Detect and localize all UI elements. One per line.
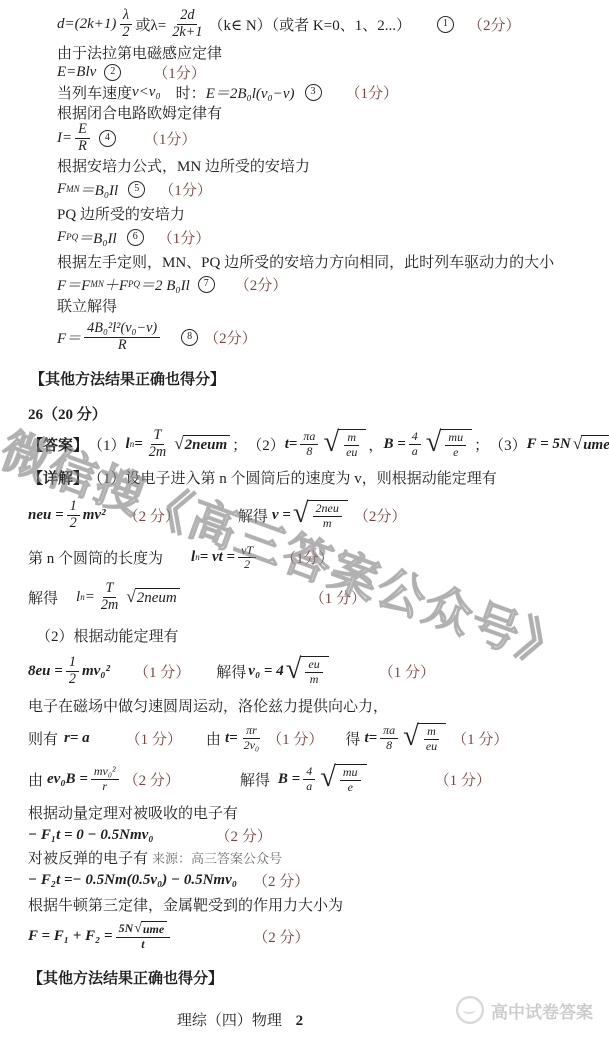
- text-line: 对被反弹的电子有 来源：高三答案公众号: [28, 846, 603, 868]
- formula-line: I= ER 4 （1分）: [57, 122, 603, 154]
- sqrt-body: eum: [300, 656, 328, 685]
- formula-line: 第 n 个圆筒的长度为 ln = vt = vT2 （1分）: [28, 540, 603, 575]
- math-text: ＋F: [104, 274, 128, 295]
- fraction-numerator: 1: [67, 499, 80, 516]
- text-line: 根据牛顿第三定律，金属靶受到的作用力大小为: [28, 892, 603, 916]
- fraction-denominator: eu: [423, 740, 440, 753]
- fraction-numerator: vT: [238, 544, 256, 558]
- answer-label: 【答案】: [28, 434, 88, 455]
- note-line: 【其他方法结果正确也得分】: [30, 365, 603, 391]
- text-line: PQ 边所受的安培力: [57, 201, 603, 225]
- math-text: =: [134, 436, 143, 453]
- formula-line: F＝FMN＋FPQ＝2 B₀Il 7 （2分）: [57, 273, 603, 295]
- score-label: （2 分）: [124, 769, 180, 790]
- square-root: √2neum: [126, 588, 179, 607]
- text-line: 根据动量定理对被吸收的电子有: [28, 800, 603, 824]
- formula-line: F = F₁ + F₂ = 5N√umet （2 分）: [28, 916, 603, 956]
- fraction-numerator: T: [151, 428, 165, 445]
- fraction-denominator: a: [409, 445, 421, 458]
- score-label: （1分）: [158, 227, 211, 248]
- fraction: 5N√umet: [116, 921, 171, 950]
- chinese-text: 根据牛顿第三定律，金属靶受到的作用力大小为: [28, 894, 343, 915]
- formula-line: − F₁t = 0 − 0.5Nmv₀ （2 分）: [28, 824, 603, 846]
- note-line: 【其他方法结果正确也得分】: [28, 964, 603, 990]
- math-text: 8eu =: [28, 663, 63, 680]
- fraction-denominator: 8: [303, 445, 315, 458]
- fraction-numerator: 2d: [177, 8, 197, 25]
- text-line: （2）根据动能定理有: [28, 620, 603, 650]
- math-text: r= a: [64, 730, 90, 747]
- chinese-text: （2）: [247, 434, 285, 455]
- score-label: （2 分）: [253, 870, 309, 891]
- fraction-denominator: m: [307, 673, 322, 686]
- math-text: 5N: [119, 921, 134, 935]
- chinese-text: 【其他方法结果正确也得分】: [28, 967, 223, 988]
- chinese-text: 由于法拉第电磁感应定律: [57, 42, 222, 63]
- chinese-text: 解得: [238, 505, 268, 526]
- chinese-text: 联立解得: [57, 295, 117, 316]
- fraction-denominator: e: [450, 446, 461, 459]
- chinese-text: 解得: [240, 769, 270, 790]
- score-label: （1 分）: [134, 661, 190, 682]
- brand-logo-icon: [456, 996, 484, 1024]
- chinese-text: 时：: [161, 82, 206, 103]
- score-label: （1 分）: [126, 728, 182, 749]
- fraction-numerator: m: [344, 431, 359, 445]
- fraction-numerator: mu: [340, 766, 361, 780]
- square-root: √meu: [323, 429, 366, 458]
- fraction-numerator: m: [424, 725, 439, 739]
- math-text: neu =: [28, 507, 64, 524]
- chinese-text: 解得: [216, 661, 246, 682]
- square-root: √eum: [286, 656, 329, 685]
- fraction-denominator: 2k+1: [169, 25, 205, 41]
- score-label: （1分）: [153, 62, 206, 83]
- sqrt-body: 2neum: [183, 435, 231, 454]
- math-text: d=(2k+1): [57, 16, 116, 33]
- chinese-text: （k∈ N）（或者 K=0、1、2...）: [208, 14, 410, 35]
- math-text: =: [85, 589, 95, 606]
- radical-icon: √: [293, 500, 309, 529]
- chinese-text: PQ 边所受的安培力: [57, 203, 185, 224]
- math-text: F = 5N: [527, 436, 571, 453]
- fraction-denominator: t: [138, 938, 147, 951]
- math-text: mv₀²: [82, 663, 110, 680]
- math-text: ev₀B =: [47, 771, 88, 788]
- detail-line: 【详解】 （1）设电子进入第 n 个圆筒后的速度为 v，则根据动能定理有: [28, 465, 603, 490]
- radical-icon: √: [426, 429, 442, 458]
- fraction: 12: [66, 655, 79, 687]
- square-root: √ume: [573, 435, 609, 454]
- formula-line: 由 ev₀B = mv₀²r （2 分） 解得 B = 4a √mue （1 分…: [28, 758, 603, 800]
- chinese-text: （1）设电子进入第 n 个圆筒后的速度为 v，则根据动能定理有: [88, 467, 497, 488]
- formula-line: 则有 r= a （1 分） 由 t= πr2v₀ （1 分） 得 t= πa8 …: [28, 718, 603, 758]
- radical-icon: √: [403, 723, 419, 752]
- sqrt-body: mue: [440, 429, 472, 458]
- math-text: F = F₁ + F₂ =: [28, 928, 113, 945]
- chinese-text: 根据闭合电路欧姆定律有: [57, 102, 222, 123]
- fraction: mue: [340, 766, 361, 793]
- question-number: 26（20 分）: [28, 403, 603, 423]
- score-label: （1分）: [346, 82, 399, 103]
- fraction-denominator: 2m: [98, 598, 121, 614]
- fraction-numerator: 4B₀²l²(v₀−v): [84, 321, 160, 338]
- fraction: vT2: [238, 544, 256, 571]
- page-number: 2: [296, 1013, 304, 1029]
- sqrt-body: meu: [338, 429, 366, 458]
- fraction-denominator: a: [303, 780, 315, 793]
- score-label: （2分）: [204, 327, 257, 348]
- fraction: eum: [305, 658, 322, 685]
- score-label: （2分）: [235, 274, 288, 295]
- circled-number: 5: [128, 181, 145, 198]
- math-text: v₀ = 4: [248, 663, 283, 680]
- text-line: 根据左手定则，MN、PQ 边所受的安培力方向相同，此时列车驱动力的大小: [57, 249, 603, 273]
- formula-line: FPQ＝B₀Il 6 （1分）: [57, 225, 603, 249]
- circled-number: 4: [99, 130, 116, 147]
- chinese-text: 【其他方法结果正确也得分】: [30, 368, 225, 389]
- square-root: √2neum: [293, 500, 348, 529]
- score-label: （1 分）: [310, 587, 366, 608]
- fraction-numerator: eu: [305, 658, 322, 672]
- square-root: √meu: [403, 723, 446, 752]
- fraction: meu: [343, 431, 360, 458]
- sqrt-body: ume: [141, 921, 167, 936]
- chinese-text: ，: [368, 434, 383, 455]
- fraction-denominator: 2v₀: [241, 739, 263, 752]
- fraction: πr2v₀: [241, 724, 263, 751]
- math-text: = vt =: [200, 549, 235, 566]
- fraction-numerator: E: [75, 122, 90, 139]
- circled-number: 3: [305, 84, 322, 101]
- sqrt-body: mue: [335, 764, 367, 793]
- fraction-denominator: R: [115, 338, 130, 354]
- text-line: 根据安培力公式，MN 边所受的安培力: [57, 154, 603, 177]
- formula-line: 8eu = 12 mv₀² （1 分） 解得 v₀ = 4 √eum （1 分）: [28, 650, 603, 692]
- circled-number: 6: [127, 229, 144, 246]
- math-text: t=: [364, 730, 377, 747]
- fraction-denominator: 2: [119, 25, 132, 41]
- score-label: （2 分）: [124, 505, 180, 526]
- math-text: F: [57, 229, 66, 246]
- fraction-denominator: 2m: [146, 445, 169, 461]
- chinese-text: 电子在磁场中做匀速圆周运动，洛伦兹力提供向心力，: [28, 695, 388, 716]
- math-text: ＝B₀Il: [80, 179, 119, 200]
- formula-line: − F₂t =− 0.5Nm(0.5v₀) − 0.5Nmv₀ （2 分）: [28, 868, 603, 892]
- chinese-text: ；: [474, 434, 489, 455]
- formula-line: E=Blv 2 （1分）: [57, 62, 603, 82]
- math-text: F: [57, 181, 66, 198]
- math-text: F＝F: [57, 274, 90, 295]
- math-text: B =: [383, 436, 405, 453]
- chinese-text: 对被反弹的电子有: [28, 847, 148, 868]
- subscript: MN: [66, 185, 80, 194]
- formula-line: FMN＝B₀Il 5 （1分）: [57, 177, 603, 201]
- text-line: 电子在磁场中做匀速圆周运动，洛伦兹力提供向心力，: [28, 692, 603, 718]
- fraction: πa8: [300, 430, 318, 457]
- math-text: I=: [57, 130, 72, 147]
- score-label: （1 分）: [267, 728, 323, 749]
- fraction-numerator: 4: [409, 430, 421, 444]
- fraction-denominator: e: [345, 781, 356, 794]
- score-label: （1分）: [159, 179, 212, 200]
- chinese-text: 则有: [28, 728, 58, 749]
- fraction: mue: [445, 431, 466, 458]
- text-line: 联立解得: [57, 295, 603, 315]
- fraction: T2m: [98, 581, 121, 613]
- radical-icon: √: [320, 764, 336, 793]
- formula-line: F＝ 4B₀²l²(v₀−v)R 8 （2分）: [57, 315, 603, 359]
- formula-line: d=(2k+1) λ2 或λ= 2d2k+1 （k∈ N）（或者 K=0、1、2…: [57, 6, 603, 42]
- detail-label: 【详解】: [28, 467, 88, 488]
- square-root: √2neum: [174, 435, 230, 454]
- math-text: ＝B₀Il: [78, 227, 117, 248]
- fraction-numerator: 5N√ume: [116, 921, 171, 937]
- fraction-denominator: R: [75, 139, 90, 155]
- math-text: t=: [225, 730, 238, 747]
- fraction-numerator: mv₀²: [91, 765, 119, 779]
- formula-line: 当列车速度 v<v₀ 时： E＝2B₀l(v₀−v) 3 （1分）: [57, 82, 603, 102]
- fraction: 12: [67, 499, 80, 531]
- chinese-text: 26（20 分）: [28, 403, 107, 424]
- score-label: （1分）: [144, 128, 197, 149]
- footer-title: 理综（四）物理: [177, 1013, 282, 1029]
- circled-number: 8: [181, 329, 198, 346]
- fraction-numerator: mu: [445, 431, 466, 445]
- math-text: − F₁t = 0 − 0.5Nmv₀: [28, 827, 154, 844]
- question-26-solution: 26（20 分） 【答案】 （1） ln = T2m √2neum ； （2） …: [28, 403, 603, 990]
- fraction: λ2: [119, 8, 132, 40]
- chinese-text: 由: [28, 769, 43, 790]
- math-text: ＝2 B₀Il: [140, 274, 190, 295]
- score-label: （1 分）: [435, 769, 491, 790]
- math-text: mv²: [83, 507, 106, 524]
- subscript: MN: [90, 280, 104, 289]
- fraction: meu: [423, 725, 440, 752]
- fraction: 4a: [303, 765, 315, 792]
- fraction-numerator: 1: [66, 655, 79, 672]
- formula-line: neu = 12 mv² （2 分） 解得 v = √2neum （2分）: [28, 490, 603, 540]
- subscript: PQ: [66, 233, 78, 242]
- formula-line: 解得 ln = T2m √2neum （1 分）: [28, 575, 603, 620]
- fraction-denominator: eu: [343, 446, 360, 459]
- score-label: （2 分）: [216, 825, 272, 846]
- fraction-numerator: πr: [243, 724, 260, 738]
- brand-watermark: 高中试卷答案: [456, 996, 593, 1024]
- sqrt-body: ume: [581, 435, 609, 454]
- text-line: 由于法拉第电磁感应定律: [57, 42, 603, 62]
- question-25-solution: d=(2k+1) λ2 或λ= 2d2k+1 （k∈ N）（或者 K=0、1、2…: [57, 6, 603, 391]
- score-label: （1 分）: [379, 661, 435, 682]
- circled-number: 7: [198, 276, 215, 293]
- fraction-denominator: 2: [66, 672, 79, 688]
- fraction: 4B₀²l²(v₀−v)R: [84, 321, 160, 353]
- source-note: 来源：高三答案公众号: [152, 848, 282, 867]
- square-root: √mue: [320, 764, 366, 793]
- chinese-text: 根据动量定理对被吸收的电子有: [28, 802, 238, 823]
- chinese-text: 或λ=: [136, 14, 167, 35]
- square-root: √mue: [426, 429, 472, 458]
- score-label: （1 分）: [452, 728, 508, 749]
- chinese-text: 当列车速度: [57, 82, 132, 103]
- fraction: 4a: [409, 430, 421, 457]
- math-text: t=: [285, 436, 298, 453]
- math-text: E＝2B₀l(v₀−v): [206, 82, 295, 103]
- sqrt-body: 2neum: [135, 588, 180, 607]
- score-label: （1分）: [281, 547, 334, 568]
- text-line: 根据闭合电路欧姆定律有: [57, 102, 603, 122]
- answer-line: 【答案】 （1） ln = T2m √2neum ； （2） t= πa8 √m…: [28, 423, 603, 465]
- chinese-text: ；: [232, 434, 247, 455]
- chinese-text: 根据安培力公式，MN 边所受的安培力: [57, 155, 310, 176]
- fraction: πa8: [380, 724, 398, 751]
- chinese-text: 解得: [28, 587, 58, 608]
- math-text: v<v₀: [132, 84, 161, 101]
- fraction-numerator: πa: [300, 430, 318, 444]
- fraction: 2neum: [313, 502, 342, 529]
- fraction-denominator: 8: [383, 739, 395, 752]
- fraction-denominator: 2: [241, 558, 253, 571]
- fraction: T2m: [146, 428, 169, 460]
- circled-number: 2: [104, 64, 121, 81]
- fraction-denominator: r: [99, 780, 110, 793]
- score-label: （2 分）: [253, 926, 309, 947]
- math-text: v =: [272, 507, 291, 524]
- radical-icon: √: [323, 429, 339, 458]
- chinese-text: （2）根据动能定理有: [36, 625, 179, 646]
- subscript: PQ: [128, 280, 140, 289]
- fraction: ER: [75, 122, 90, 154]
- fraction: 2d2k+1: [169, 8, 205, 40]
- chinese-text: 根据左手定则，MN、PQ 边所受的安培力方向相同，此时列车驱动力的大小: [57, 251, 554, 272]
- fraction-numerator: 4: [303, 765, 315, 779]
- circled-number: 1: [437, 16, 454, 33]
- fraction-numerator: T: [103, 581, 117, 598]
- chinese-text: 由: [206, 728, 221, 749]
- chinese-text: 得: [345, 728, 360, 749]
- page-footer: 理综（四）物理 2: [0, 1009, 480, 1030]
- math-text: F＝: [57, 327, 81, 348]
- fraction: mv₀²r: [91, 765, 119, 792]
- math-text: B =: [278, 771, 300, 788]
- math-text: − F₂t =− 0.5Nm(0.5v₀) − 0.5Nmv₀: [28, 872, 237, 889]
- fraction-numerator: 2neu: [313, 502, 342, 516]
- fraction-denominator: 2: [67, 516, 80, 532]
- chinese-text: （3）: [489, 434, 527, 455]
- answer-sheet-page: d=(2k+1) λ2 或λ= 2d2k+1 （k∈ N）（或者 K=0、1、2…: [0, 0, 609, 1040]
- sqrt-body: 2neum: [308, 500, 348, 529]
- sqrt-body: meu: [418, 723, 446, 752]
- radical-icon: √: [286, 656, 302, 685]
- fraction-numerator: λ: [120, 8, 132, 25]
- chinese-text: 第 n 个圆筒的长度为: [28, 547, 163, 568]
- chinese-text: （1）: [88, 434, 126, 455]
- fraction-numerator: πa: [380, 724, 398, 738]
- square-root: √ume: [134, 921, 167, 936]
- fraction-denominator: m: [320, 517, 335, 530]
- score-label: （2分）: [354, 505, 407, 526]
- score-label: （2分）: [468, 14, 521, 35]
- math-text: E=Blv: [57, 64, 96, 81]
- brand-text: 高中试卷答案: [491, 998, 593, 1023]
